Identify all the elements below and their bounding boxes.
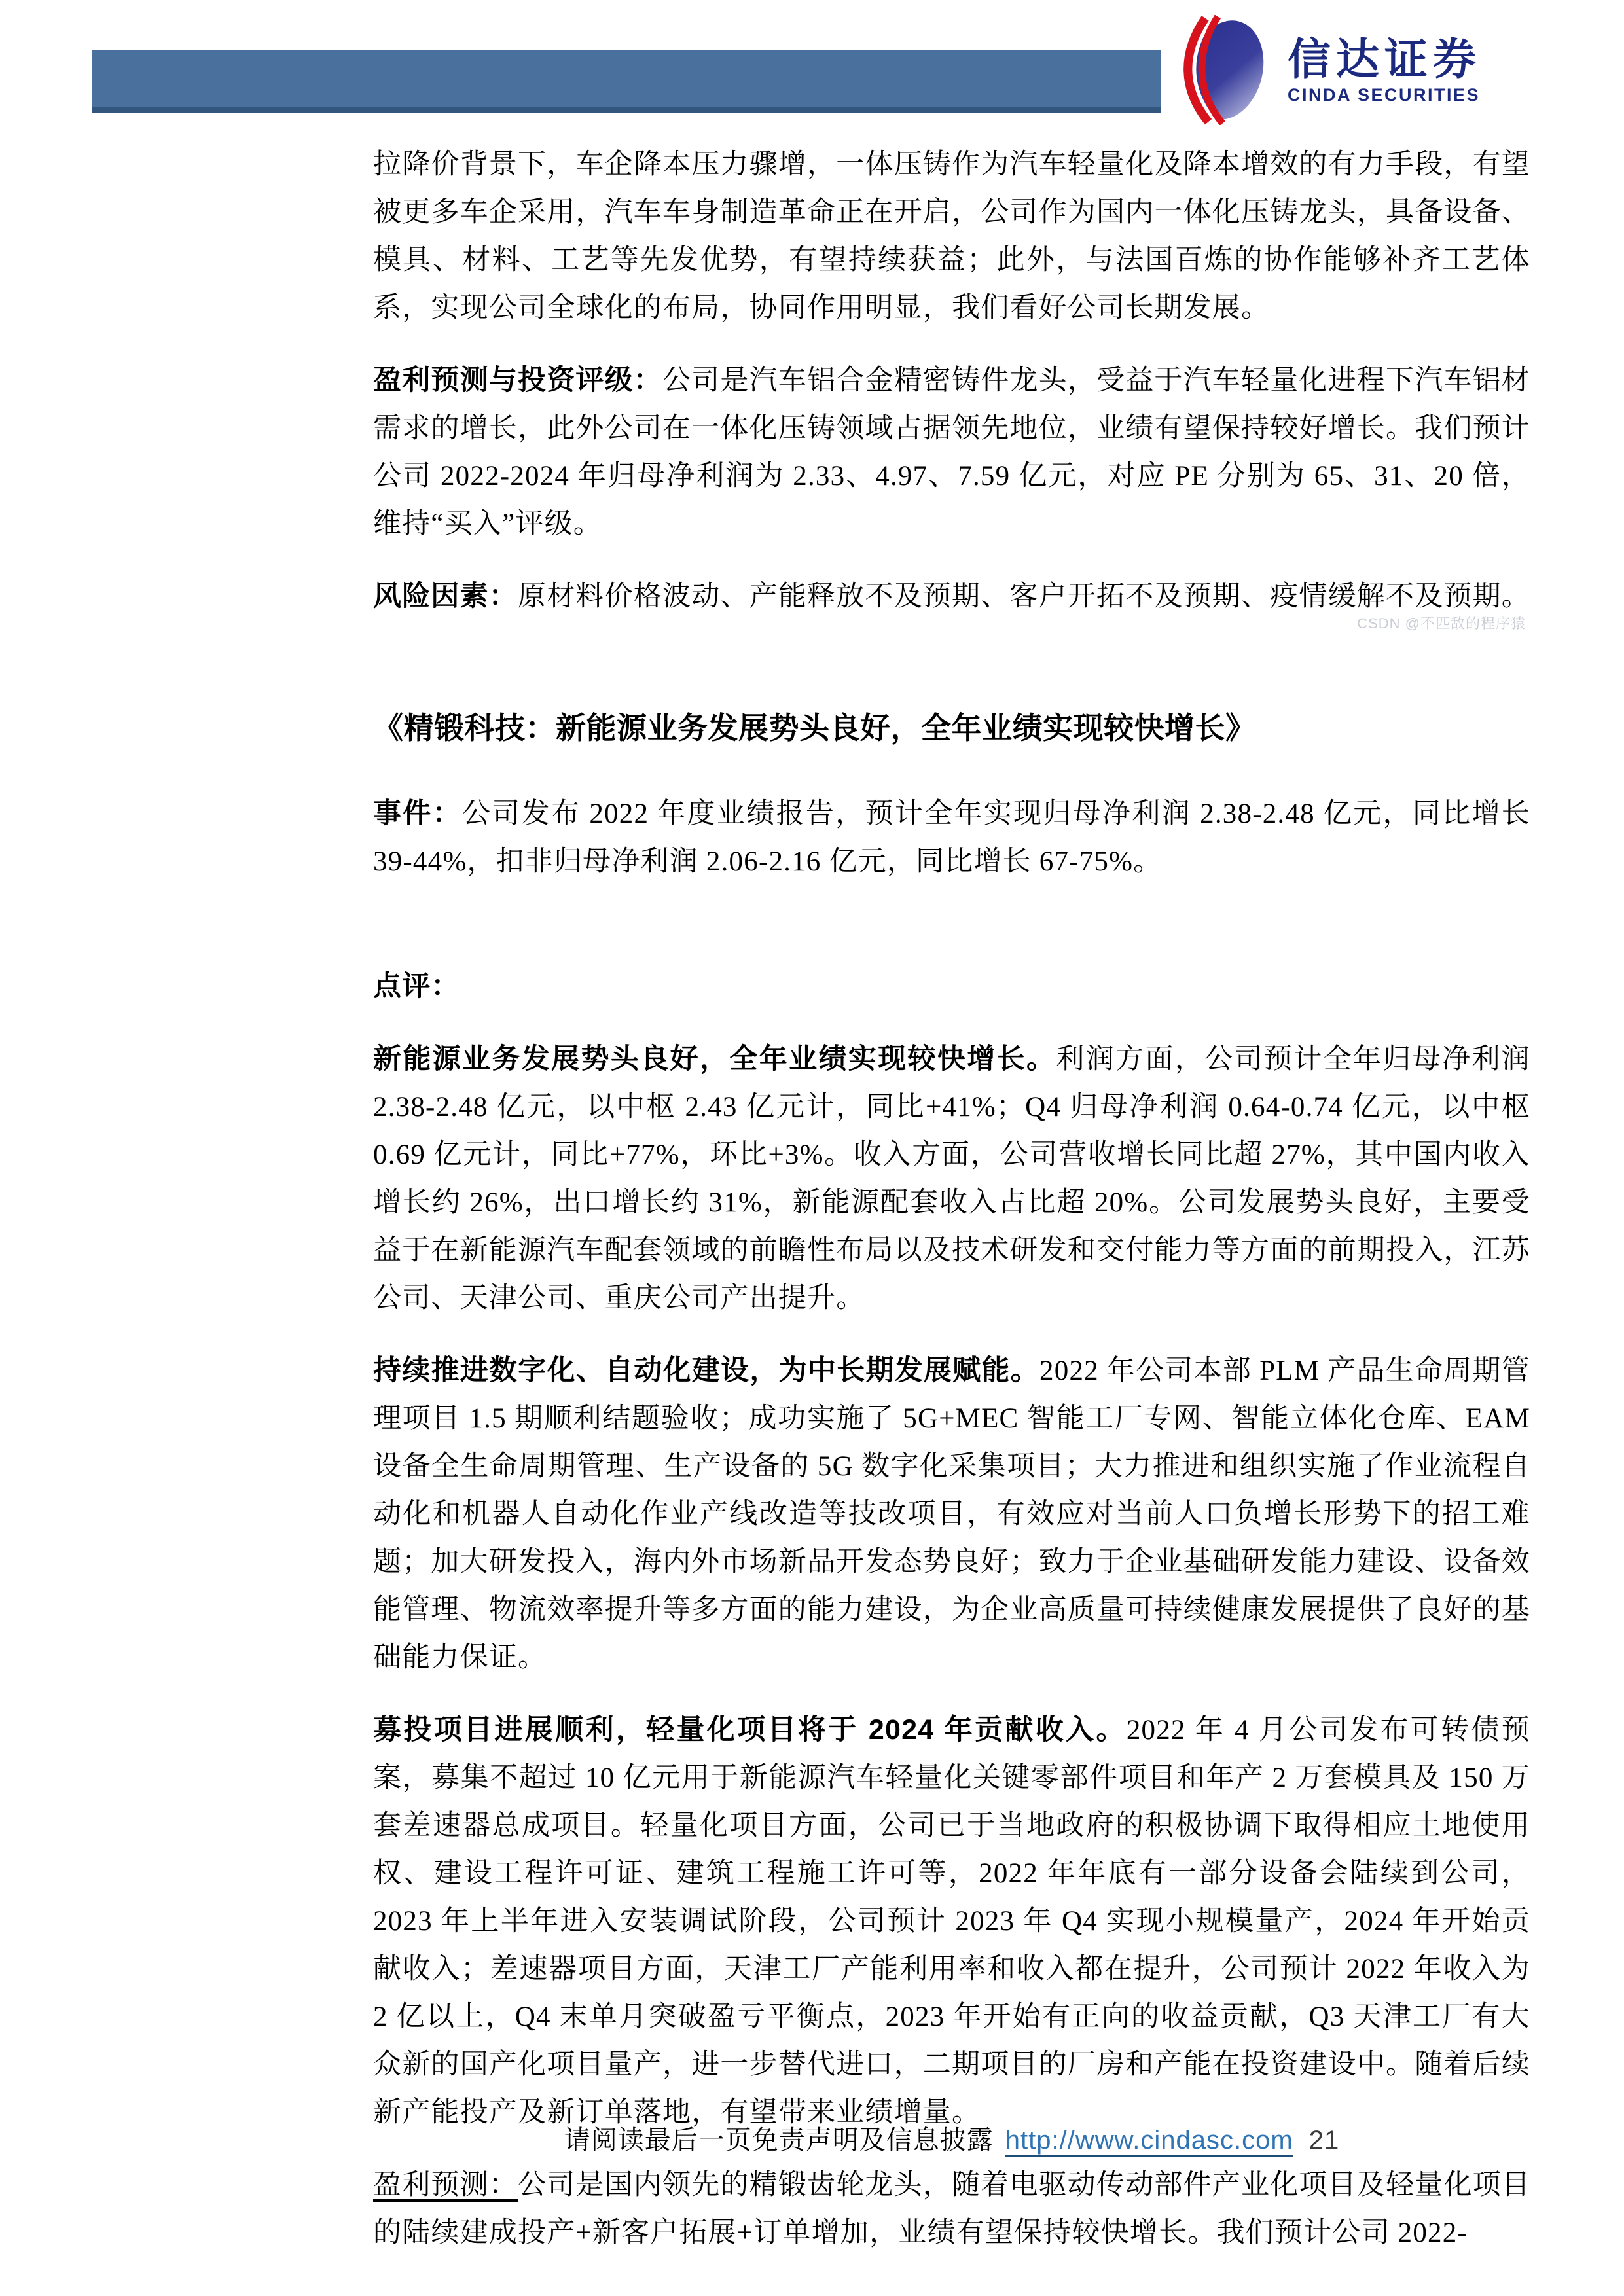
paragraph-casting-outlook: 拉降价背景下，车企降本压力骤增，一体压铸作为汽车轻量化及降本增效的有力手段，有望… (373, 141, 1530, 332)
page-footer: 请阅读最后一页免责声明及信息披露http://www.cindasc.com21 (373, 2119, 1530, 2157)
lead-label: 盈利预测与投资评级： (373, 365, 662, 396)
cinda-swoosh-icon (1175, 15, 1273, 125)
paragraph-text: 拉降价背景下，车企降本压力骤增，一体压铸作为汽车轻量化及降本增效的有力手段，有望… (373, 149, 1530, 323)
page-number: 21 (1309, 2126, 1340, 2155)
cinda-logo-cn: 信达证券 (1288, 35, 1481, 82)
paragraph-event: 事件：公司发布 2022 年度业绩报告，预计全年实现归母净利润 2.38-2.4… (373, 790, 1530, 886)
cinda-logo: 信达证券 CINDA SECURITIES (1175, 14, 1542, 126)
paragraph-new-energy-growth: 新能源业务发展势头良好，全年业绩实现较快增长。利润方面，公司预计全年归母净利润 … (373, 1035, 1530, 1322)
paragraph-profit-forecast: 盈利预测：公司是国内领先的精锻齿轮龙头，随着电驱动传动部件产业化项目及轻量化项目… (373, 2161, 1530, 2257)
paragraph-text: 利润方面，公司预计全年归母净利润 2.38-2.48 亿元，以中枢 2.43 亿… (373, 1044, 1530, 1314)
header-band (92, 50, 1161, 113)
paragraph-profit-forecast-rating: 盈利预测与投资评级：公司是汽车铝合金精密铸件龙头，受益于汽车轻量化进程下汽车铝材… (373, 357, 1530, 548)
lead-label: 募投项目进展顺利，轻量化项目将于 2024 年贡献收入。 (373, 1714, 1127, 1746)
paragraph-digitalization: 持续推进数字化、自动化建设，为中长期发展赋能。2022 年公司本部 PLM 产品… (373, 1347, 1530, 1681)
lead-label: 持续推进数字化、自动化建设，为中长期发展赋能。 (373, 1355, 1039, 1386)
lead-label: 风险因素： (373, 581, 518, 612)
report-body: 拉降价背景下，车企降本压力骤增，一体压铸作为汽车轻量化及降本增效的有力手段，有望… (373, 141, 1530, 2282)
paragraph-text: 公司是国内领先的精锻齿轮龙头，随着电驱动传动部件产业化项目及轻量化项目的陆续建成… (373, 2170, 1530, 2248)
cinda-logo-en: CINDA SECURITIES (1288, 85, 1481, 105)
paragraph-comment-label: 点评： (373, 963, 1530, 1011)
lead-label: 盈利预测： (373, 2170, 518, 2200)
paragraph-fundraising-projects: 募投项目进展顺利，轻量化项目将于 2024 年贡献收入。2022 年 4 月公司… (373, 1706, 1530, 2136)
lead-label: 点评： (373, 971, 460, 1002)
lead-label: 新能源业务发展势头良好，全年业绩实现较快增长。 (373, 1043, 1056, 1075)
csdn-watermark: CSDN @不匹敌的程序猿 (1357, 613, 1526, 633)
report-title-jingduan: 《精锻科技：新能源业务发展势头良好，全年业绩实现较快增长》 (373, 704, 1530, 752)
paragraph-text: 原材料价格波动、产能释放不及预期、客户开拓不及预期、疫情缓解不及预期。 (518, 581, 1530, 612)
paragraph-text: 2022 年 4 月公司发布可转债预案，募集不超过 10 亿元用于新能源汽车轻量… (373, 1715, 1530, 2128)
footer-disclaimer: 请阅读最后一页免责声明及信息披露 (564, 2125, 994, 2155)
lead-label: 事件： (373, 798, 462, 829)
footer-site-link[interactable]: http://www.cindasc.com (1005, 2126, 1293, 2155)
paragraph-text: 公司发布 2022 年度业绩报告，预计全年实现归母净利润 2.38-2.48 亿… (373, 798, 1530, 877)
paragraph-text: 2022 年公司本部 PLM 产品生命周期管理项目 1.5 期顺利结题验收；成功… (373, 1355, 1530, 1673)
